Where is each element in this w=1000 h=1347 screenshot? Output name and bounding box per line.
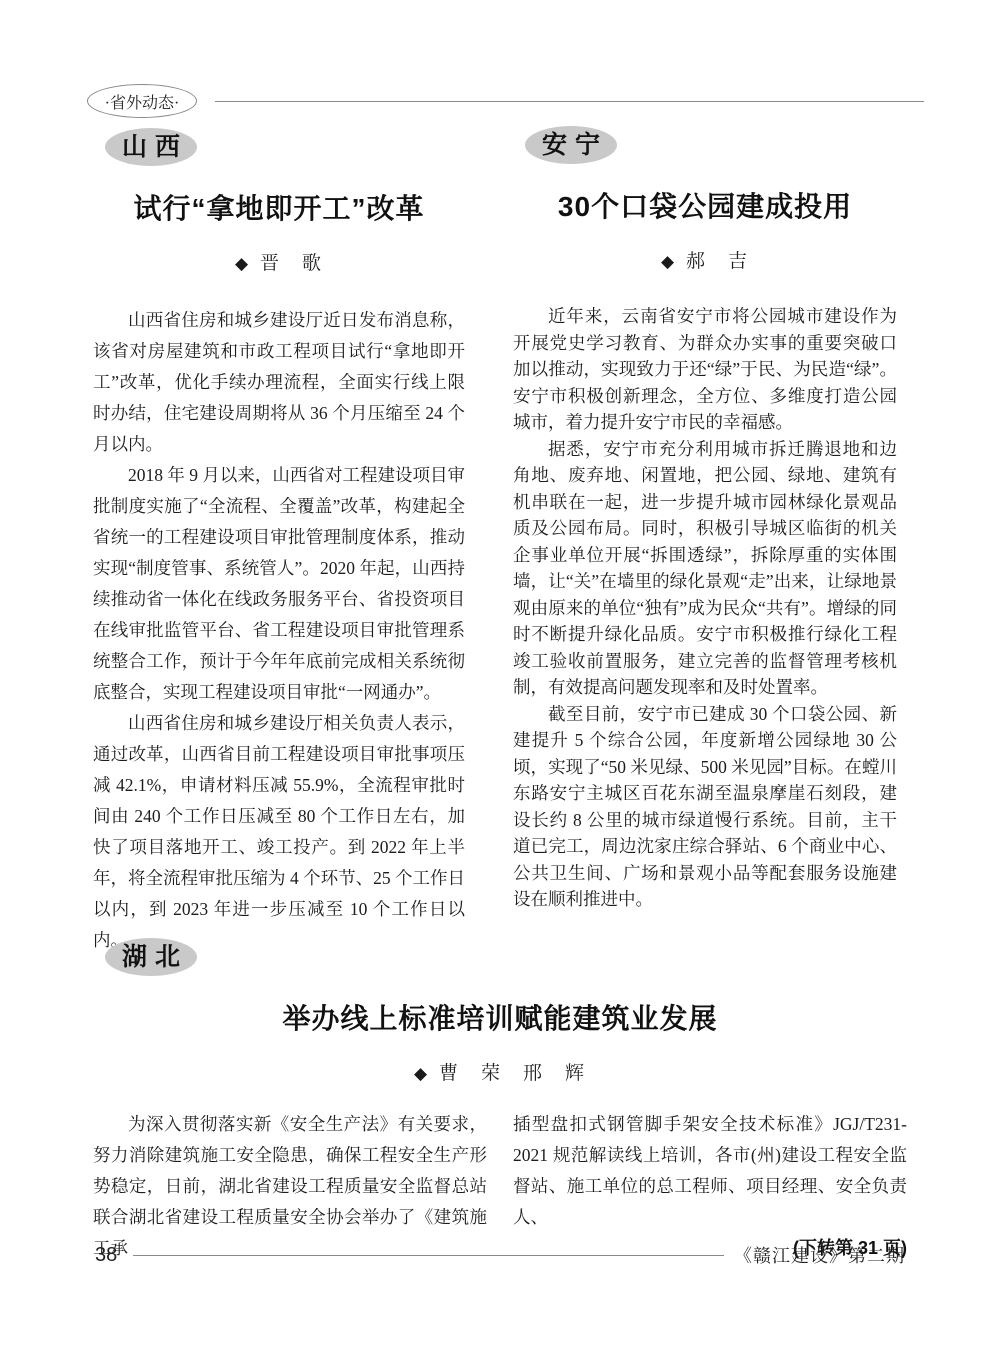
region-badge-shanxi: 山西 xyxy=(105,128,197,166)
region-badge-label: 山西 xyxy=(122,135,188,160)
article-shanxi: 山西 试行“拿地即开工”改革 ◆晋 歌 山西省住房和城乡建设厅近日发布消息称，该… xyxy=(93,128,465,956)
body-paragraph: 山西省住房和城乡建设厅近日发布消息称，该省对房屋建筑和市政工程项目试行“拿地即开… xyxy=(93,305,465,460)
article-title-shanxi: 试行“拿地即开工”改革 xyxy=(93,192,465,226)
author-name: 晋 歌 xyxy=(260,253,323,274)
body-paragraph: 截至目前，安宁市已建成 30 个口袋公园、新建提升 5 个综合公园，年度新增公园… xyxy=(513,701,897,913)
author-name: 郝 吉 xyxy=(686,251,749,272)
body-paragraph: 山西省住房和城乡建设厅相关负责人表示，通过改革，山西省目前工程建设项目审批事项压… xyxy=(93,708,465,956)
body-paragraph: 插型盘扣式钢管脚手架安全技术标准》JGJ/T231-2021 规范解读线上培训，… xyxy=(513,1109,907,1233)
hubei-left-column: 为深入贯彻落实新《安全生产法》有关要求，努力消除建筑施工安全隐患，确保工程安全生… xyxy=(93,1109,487,1264)
region-badge-anning: 安宁 xyxy=(525,126,617,164)
body-paragraph: 为深入贯彻落实新《安全生产法》有关要求，努力消除建筑施工安全隐患，确保工程安全生… xyxy=(93,1109,487,1264)
diamond-icon: ◆ xyxy=(414,1064,427,1084)
article-hubei: 湖北 举办线上标准培训赋能建筑业发展 ◆曹 荣 邢 辉 为深入贯彻落实新《安全生… xyxy=(93,938,907,1264)
magazine-page: ·省外动态· 山西 试行“拿地即开工”改革 ◆晋 歌 山西省住房和城乡建设厅近日… xyxy=(0,0,1000,1347)
footer-rule xyxy=(133,1255,724,1256)
section-badge: ·省外动态· xyxy=(87,84,197,118)
journal-name: 《赣江建设》第二期 xyxy=(734,1242,905,1268)
footer-page-number: 38 xyxy=(95,1244,117,1267)
author-line-anning: ◆郝 吉 xyxy=(513,246,897,273)
body-paragraph: 据悉，安宁市充分利用城市拆迁腾退地和边角地、废弃地、闲置地，把公园、绿地、建筑有… xyxy=(513,436,897,701)
region-badge-label: 安宁 xyxy=(542,133,608,158)
body-paragraph: 2018 年 9 月以来，山西省对工程建设项目审批制度实施了“全流程、全覆盖”改… xyxy=(93,460,465,708)
article-body-hubei: 为深入贯彻落实新《安全生产法》有关要求，努力消除建筑施工安全隐患，确保工程安全生… xyxy=(93,1109,907,1264)
author-name: 曹 荣 邢 辉 xyxy=(439,1063,586,1084)
author-line-shanxi: ◆晋 歌 xyxy=(93,248,465,275)
article-anning: 安宁 30个口袋公园建成投用 ◆郝 吉 近年来，云南省安宁市将公园城市建设作为开… xyxy=(513,126,897,913)
page-header: ·省外动态· xyxy=(87,84,924,118)
article-title-anning: 30个口袋公园建成投用 xyxy=(513,190,897,224)
section-badge-label: ·省外动态· xyxy=(105,90,180,113)
body-paragraph: 近年来，云南省安宁市将公园城市建设作为开展党史学习教育、为群众办实事的重要突破口… xyxy=(513,303,897,436)
region-badge-label: 湖北 xyxy=(122,945,188,970)
diamond-icon: ◆ xyxy=(235,254,248,274)
region-badge-hubei: 湖北 xyxy=(105,938,197,976)
article-title-hubei: 举办线上标准培训赋能建筑业发展 xyxy=(93,1002,907,1036)
page-footer: 38 《赣江建设》第二期 xyxy=(95,1242,905,1268)
article-body-shanxi: 山西省住房和城乡建设厅近日发布消息称，该省对房屋建筑和市政工程项目试行“拿地即开… xyxy=(93,305,465,956)
diamond-icon: ◆ xyxy=(661,252,674,272)
article-body-anning: 近年来，云南省安宁市将公园城市建设作为开展党史学习教育、为群众办实事的重要突破口… xyxy=(513,303,897,913)
author-line-hubei: ◆曹 荣 邢 辉 xyxy=(93,1058,907,1085)
header-rule xyxy=(215,101,924,102)
hubei-right-column: 插型盘扣式钢管脚手架安全技术标准》JGJ/T231-2021 规范解读线上培训，… xyxy=(513,1109,907,1264)
